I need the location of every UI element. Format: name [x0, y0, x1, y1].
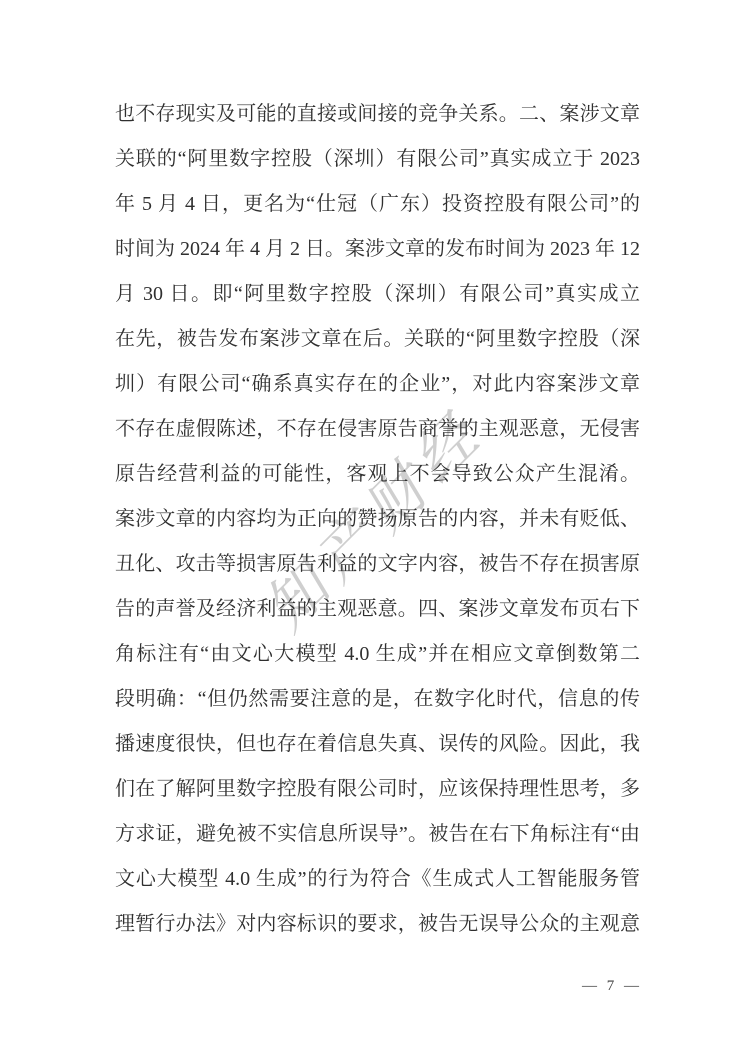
document-text-block: 也不存现实及可能的直接或间接的竞争关系。二、案涉文章关联的“阿里数字控股（深圳）…: [115, 92, 640, 947]
text-line: 案涉文章的内容均为正向的赞扬原告的内容，并未有贬低、: [115, 497, 640, 542]
text-line: 文心大模型 4.0 生成”的行为符合《生成式人工智能服务管: [115, 857, 640, 902]
text-line: 段明确：“但仍然需要注意的是，在数字化时代，信息的传: [115, 677, 640, 722]
text-line: 原告经营利益的可能性，客观上不会导致公众产生混淆。三、: [115, 452, 640, 497]
text-line: 月 30 日。即“阿里数字控股（深圳）有限公司”真实成立: [115, 272, 640, 317]
text-line: 年 5 月 4 日，更名为“仕冠（广东）投资控股有限公司”的: [115, 182, 640, 227]
text-line: 告的声誉及经济利益的主观恶意。四、案涉文章发布页右下: [115, 587, 640, 632]
text-line: 理暂行办法》对内容标识的要求，被告无误导公众的主观意: [115, 902, 640, 947]
text-line: 角标注有“由文心大模型 4.0 生成”并在相应文章倒数第二: [115, 632, 640, 677]
text-line: 关联的“阿里数字控股（深圳）有限公司”真实成立于 2023: [115, 137, 640, 182]
text-line: 丑化、攻击等损害原告利益的文字内容，被告不存在损害原: [115, 542, 640, 587]
text-line: 方求证，避免被不实信息所误导”。被告在右下角标注有“由: [115, 812, 640, 857]
text-line: 也不存现实及可能的直接或间接的竞争关系。二、案涉文章: [115, 92, 640, 137]
text-line: 在先，被告发布案涉文章在后。关联的“阿里数字控股（深: [115, 317, 640, 362]
text-line: 圳）有限公司“确系真实存在的企业”，对此内容案涉文章: [115, 362, 640, 407]
text-line: 时间为 2024 年 4 月 2 日。案涉文章的发布时间为 2023 年 12: [115, 227, 640, 272]
text-line: 不存在虚假陈述，不存在侵害原告商誉的主观恶意，无侵害: [115, 407, 640, 452]
document-page: 知产财经 也不存现实及可能的直接或间接的竞争关系。二、案涉文章关联的“阿里数字控…: [0, 0, 750, 1061]
page-number: — 7 —: [582, 978, 642, 995]
text-line: 们在了解阿里数字控股有限公司时，应该保持理性思考，多: [115, 767, 640, 812]
text-line: 播速度很快，但也存在着信息失真、误传的风险。因此，我: [115, 722, 640, 767]
